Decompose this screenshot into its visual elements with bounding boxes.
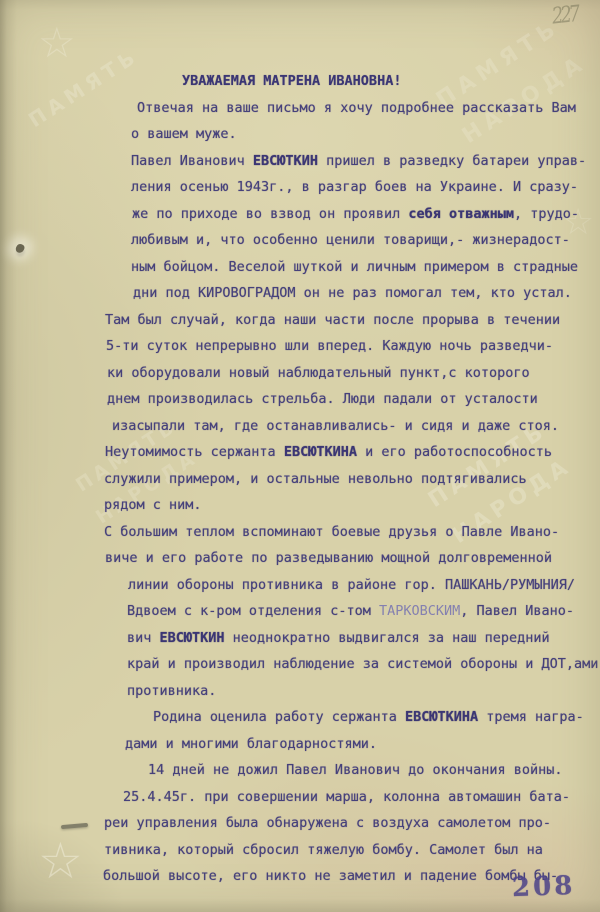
letter-line: ки оборудовали новый наблюдательный пунк… bbox=[107, 360, 600, 387]
letter-text-segment: Неутомимость сержанта bbox=[105, 444, 284, 460]
letter-line: тивника, который сбросил тяжелую бомбу. … bbox=[104, 837, 600, 864]
letter-line: 14 дней не дожил Павел Иванович до оконч… bbox=[148, 757, 600, 784]
letter-line: Павел Иванович ЕВСЮТКИН пришел в разведк… bbox=[131, 148, 600, 175]
letter-line: же по приходе во взвод он проявил себя о… bbox=[132, 201, 600, 228]
letter-text-segment: о вашем муже. bbox=[131, 126, 237, 142]
letter-text-segment: же по приходе во взвод он проявил bbox=[132, 206, 408, 222]
letter-line: ления осенью 1943г., в разгар боев на Ук… bbox=[131, 174, 600, 201]
letter-line: Родина оценила работу сержанта ЕВСЮТКИНА… bbox=[153, 704, 600, 731]
letter-text-segment: служили примером, и остальные невольно п… bbox=[104, 471, 527, 487]
letter-text-segment: дами и многими благодарностями. bbox=[125, 736, 377, 752]
letter-line: 25.4.45г. при совершении марша, колонна … bbox=[123, 784, 600, 811]
letter-text-segment: край и производил наблюдение за системой… bbox=[127, 656, 598, 672]
letter-text-segment: большой высоте, его никто не заметил и п… bbox=[103, 868, 558, 884]
letter-text-segment: 25.4.45г. при совершении марша, колонна … bbox=[123, 789, 570, 805]
letter-text-segment: ЕВСЮТКИН bbox=[160, 630, 225, 646]
letter-line: вич ЕВСЮТКИН неоднократно выдвигался за … bbox=[127, 625, 600, 652]
letter-text-segment: УВАЖАЕМАЯ МАТРЕНА ИВАНОВНА! bbox=[182, 73, 401, 89]
letter-line: ным бойцом. Веселой шуткой и личным прим… bbox=[131, 254, 600, 281]
letter-line: линии обороны противника в районе гор. П… bbox=[128, 572, 600, 599]
letter-text-segment: виче и его работе по разведыванию мощной… bbox=[105, 550, 552, 566]
letter-text-segment: днем производилась стрельба. Люди падали… bbox=[107, 391, 538, 407]
letter-text-segment: Вдвоем с к-ром отделения с-том bbox=[127, 603, 379, 619]
letter-text-segment: Павел Иванович bbox=[131, 153, 253, 169]
letter-line: 5-ти суток непрерывно шли вперед. Каждую… bbox=[106, 333, 600, 360]
letter-text-segment: ЕВСЮТКИНА bbox=[284, 444, 357, 460]
letter-text-segment: пришел в разведку батареи управ- bbox=[318, 153, 586, 169]
letter-text-segment: рядом с ним. bbox=[104, 497, 202, 513]
letter-text-segment: тивника, который сбросил тяжелую бомбу. … bbox=[104, 842, 543, 858]
letter-text-segment: ТАРКОВСКИМ bbox=[379, 603, 460, 619]
letter-heading: УВАЖАЕМАЯ МАТРЕНА ИВАНОВНА! bbox=[182, 68, 600, 95]
letter-line: дни под КИРОВОГРАДОМ он не раз помогал т… bbox=[133, 280, 600, 307]
letter-text-segment: ления осенью 1943г., в разгар боев на Ук… bbox=[131, 179, 578, 195]
letter-text-segment: любивым и, что особенно ценили товарищи,… bbox=[131, 232, 570, 248]
letter-text-segment: изасыпали там, где останавливались- и си… bbox=[112, 418, 559, 434]
letter-line: дами и многими благодарностями. bbox=[125, 731, 600, 758]
letter-text-segment: С большим теплом вспоминают боевые друзь… bbox=[104, 524, 559, 540]
letter-line: С большим теплом вспоминают боевые друзь… bbox=[104, 519, 600, 546]
letter-text-segment: линии обороны противника в районе гор. П… bbox=[128, 577, 575, 593]
letter-text-segment: реи управления была обнаружена с воздуха… bbox=[104, 815, 551, 831]
pencil-page-number: 227 bbox=[551, 1, 579, 30]
watermark-star-icon: ☆ bbox=[38, 22, 76, 64]
letter-text-segment: Родина оценила работу сержанта bbox=[153, 709, 405, 725]
letter-text-segment: неоднократно выдвигался за наш передний bbox=[225, 630, 550, 646]
letter-line: противника. bbox=[127, 678, 600, 705]
letter-text-segment: ЕВСЮТКИН bbox=[253, 153, 318, 169]
letter-line: край и производил наблюдение за системой… bbox=[127, 651, 600, 678]
letter-text-segment: дни под КИРОВОГРАДОМ он не раз помогал т… bbox=[133, 285, 572, 301]
letter-text-segment: и его работоспособность bbox=[357, 444, 552, 460]
letter-line: Отвечая на ваше письмо я хочу подробнее … bbox=[137, 95, 600, 122]
letter-body: УВАЖАЕМАЯ МАТРЕНА ИВАНОВНА!Отвечая на ва… bbox=[0, 68, 600, 890]
scanned-letter-page: ☆ ☆ ☆ ПАМЯТЬ ПАМЯТЬ НАРОДА ПАМЯТЬ НАРОДА… bbox=[0, 0, 600, 912]
letter-text-segment: 14 дней не дожил Павел Иванович до оконч… bbox=[148, 762, 563, 778]
letter-text-segment: себя отважным bbox=[408, 206, 514, 222]
letter-text-segment: ЕВСЮТКИНА bbox=[405, 709, 478, 725]
letter-line: Там был случай, когда наши части после п… bbox=[105, 307, 600, 334]
letter-line: Вдвоем с к-ром отделения с-том ТАРКОВСКИ… bbox=[127, 598, 600, 625]
letter-text-segment: Там был случай, когда наши части после п… bbox=[105, 312, 560, 328]
letter-line: днем производилась стрельба. Люди падали… bbox=[107, 386, 600, 413]
letter-text-segment: , трудо- bbox=[514, 206, 579, 222]
letter-line: служили примером, и остальные невольно п… bbox=[104, 466, 600, 493]
letter-line: виче и его работе по разведыванию мощной… bbox=[105, 545, 600, 572]
letter-line: реи управления была обнаружена с воздуха… bbox=[104, 810, 600, 837]
letter-line: о вашем муже. bbox=[131, 121, 600, 148]
letter-text-segment: тремя награ- bbox=[478, 709, 584, 725]
letter-text-segment: ным бойцом. Веселой шуткой и личным прим… bbox=[131, 259, 578, 275]
letter-text-segment: 5-ти суток непрерывно шли вперед. Каждую… bbox=[106, 338, 553, 354]
letter-text-segment: Отвечая на ваше письмо я хочу подробнее … bbox=[137, 100, 576, 116]
letter-line: любивым и, что особенно ценили товарищи,… bbox=[131, 227, 600, 254]
letter-text-segment: ки оборудовали новый наблюдательный пунк… bbox=[107, 365, 530, 381]
letter-line: рядом с ним. bbox=[104, 492, 600, 519]
letter-text-segment: вич bbox=[127, 630, 160, 646]
letter-text-segment: , Павел Ивано- bbox=[460, 603, 574, 619]
letter-text-segment: противника. bbox=[127, 683, 216, 699]
letter-line: Неутомимость сержанта ЕВСЮТКИНА и его ра… bbox=[105, 439, 600, 466]
letter-line: изасыпали там, где останавливались- и си… bbox=[112, 413, 600, 440]
stamp-page-number: 208 bbox=[511, 871, 575, 903]
